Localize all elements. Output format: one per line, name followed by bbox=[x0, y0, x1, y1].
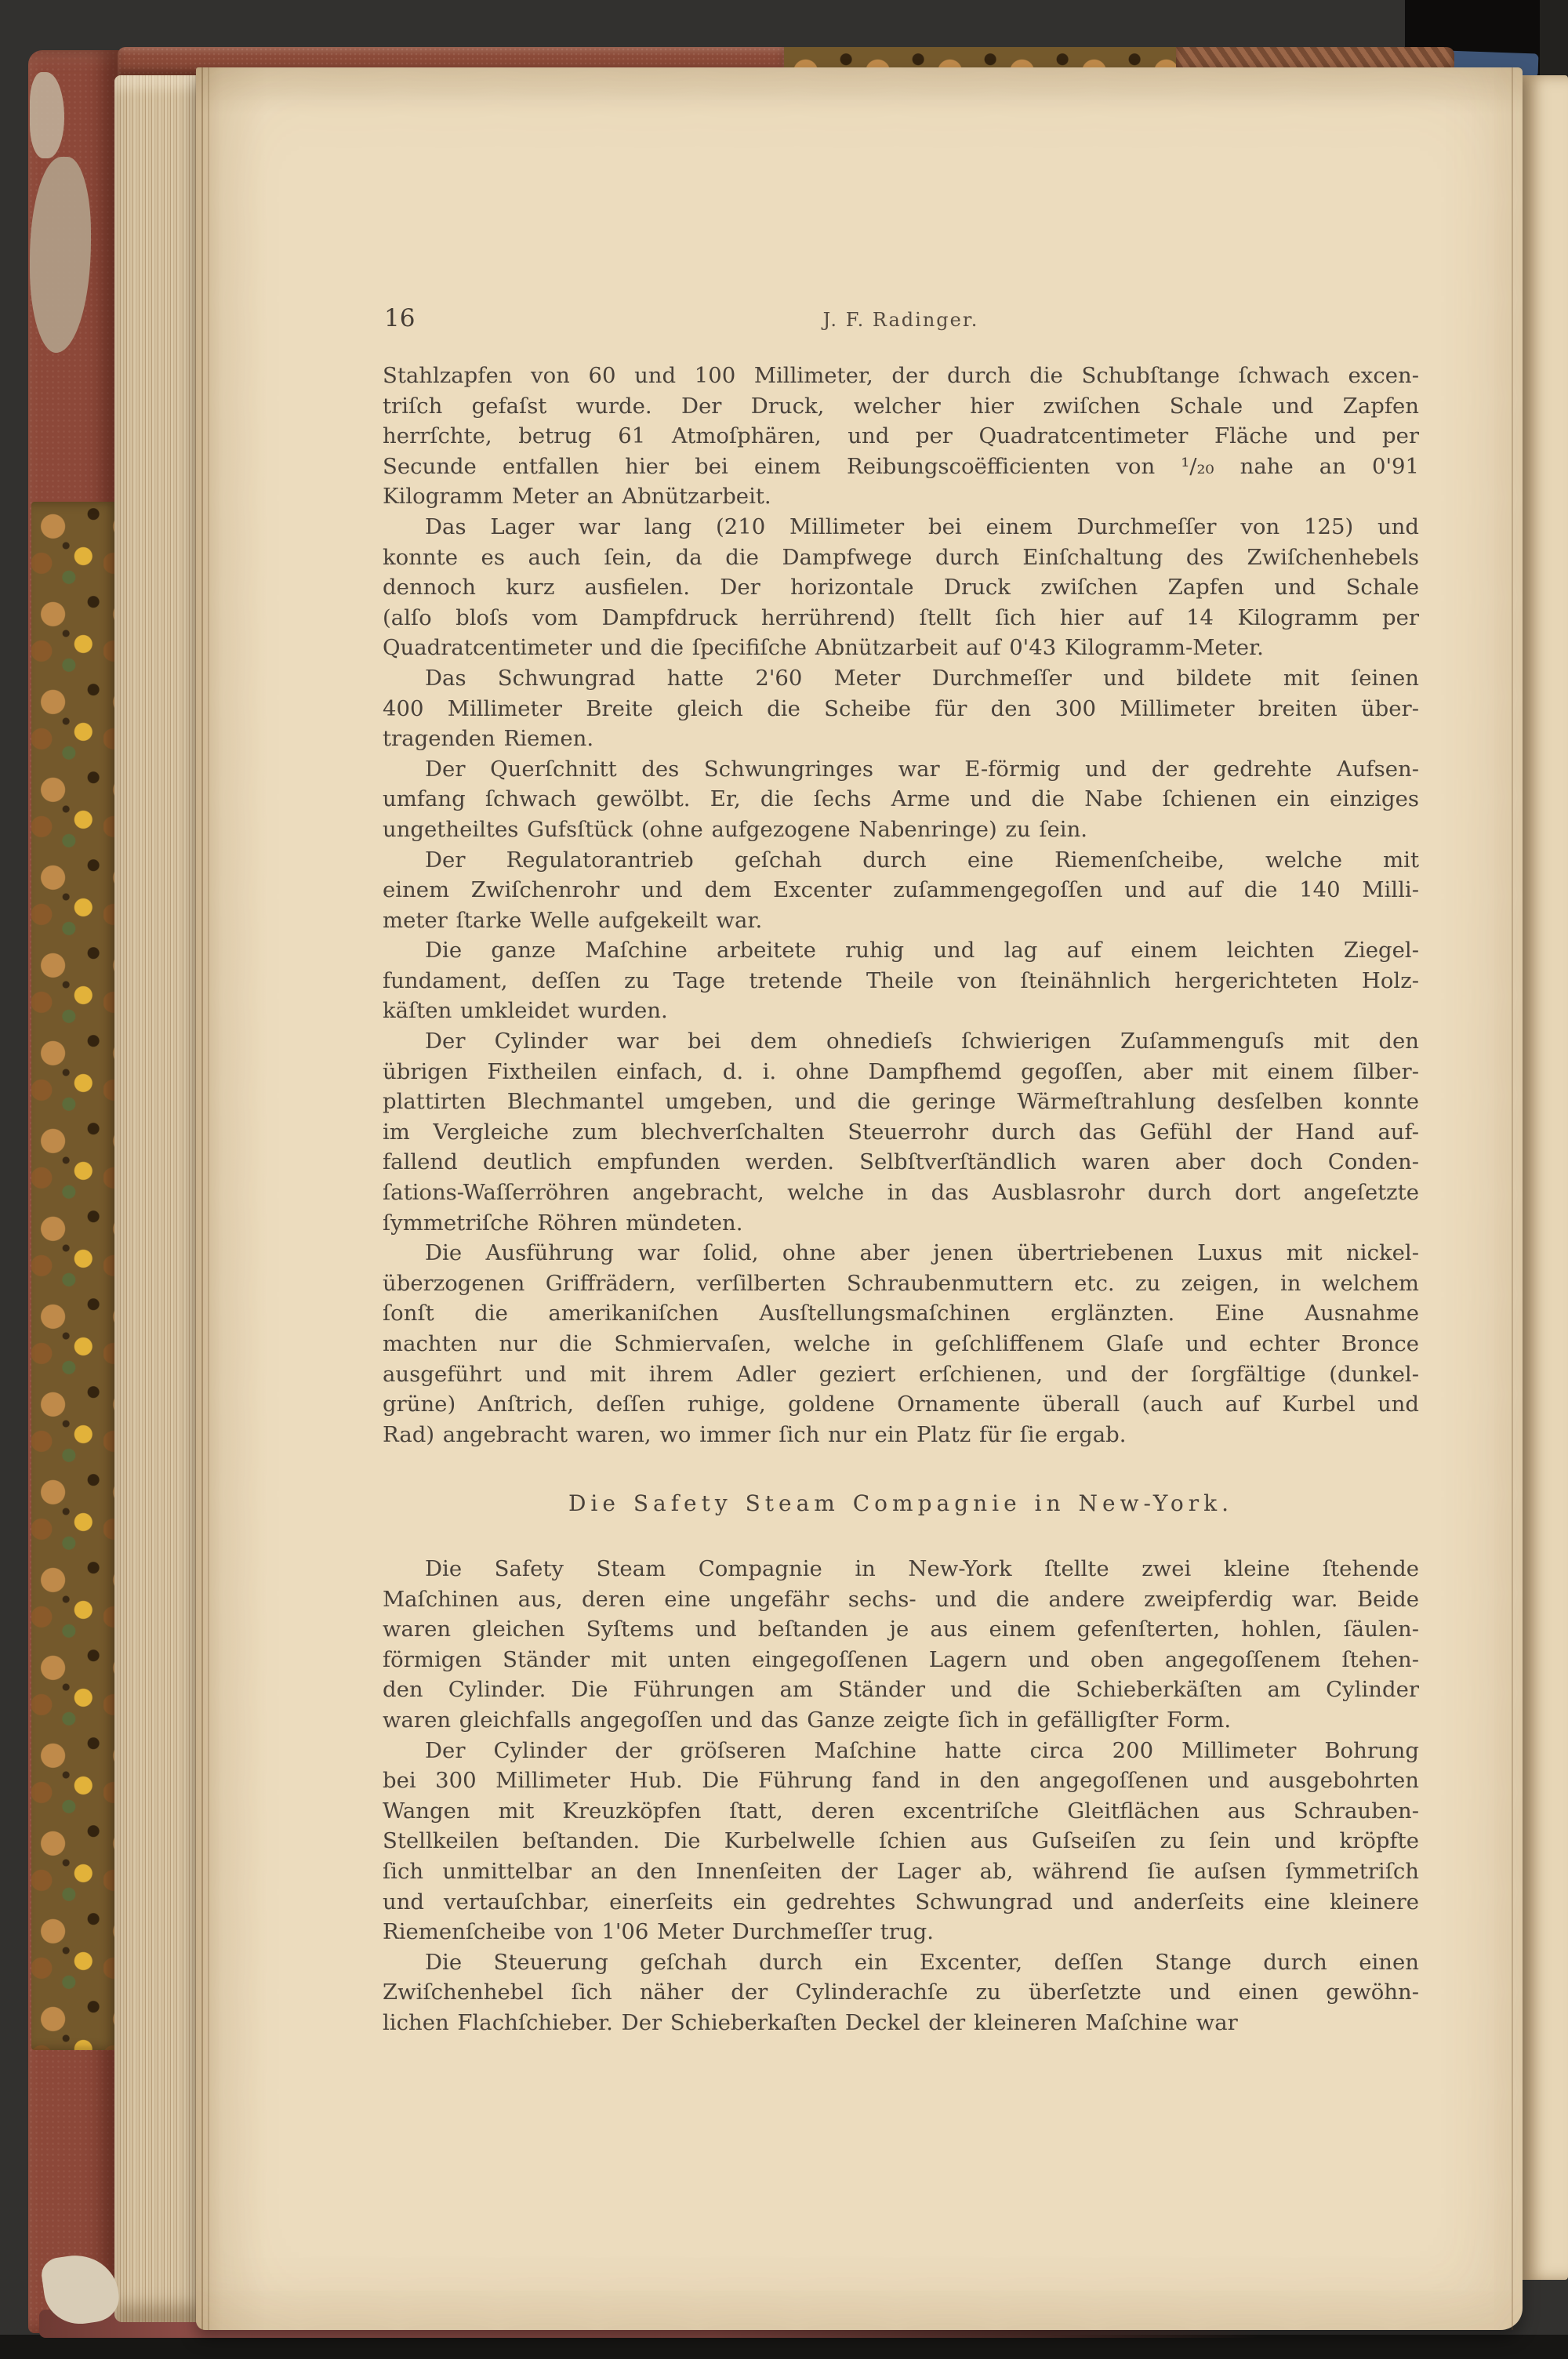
text-line: übrigen Fixtheilen einfach, d. i. ohne D… bbox=[383, 1057, 1419, 1087]
text-line: grüne) Anſtrich, deſſen ruhige, goldene … bbox=[383, 1389, 1419, 1420]
running-header: J. F. Radinger. bbox=[383, 309, 1419, 331]
text-line: Der Regulatorantrieb geſchah durch eine … bbox=[383, 845, 1419, 876]
text-line: ungetheiltes Gufsſtück (ohne aufgezogene… bbox=[383, 815, 1419, 845]
text-line: Das Lager war lang (210 Millimeter bei e… bbox=[383, 512, 1419, 543]
text-line: Die Steuerung geſchah durch ein Excenter… bbox=[383, 1947, 1419, 1978]
text-line: im Vergleiche zum blechverſchalten Steue… bbox=[383, 1117, 1419, 1148]
page-top-shading bbox=[196, 67, 1523, 114]
text-line: ausgeführt und mit ihrem Adler geziert e… bbox=[383, 1359, 1419, 1390]
text-line: meter ſtarke Welle aufgekeilt war. bbox=[383, 905, 1419, 936]
text-line: ſations-Waſſerröhren angebracht, welche … bbox=[383, 1178, 1419, 1208]
text-line: waren gleichfalls angegoſſen und das Gan… bbox=[383, 1705, 1419, 1736]
text-line: umfang ſchwach gewölbt. Er, die ſechs Ar… bbox=[383, 784, 1419, 815]
text-line: Riemenſcheibe von 1'06 Meter Durchmeſſer… bbox=[383, 1917, 1419, 1947]
text-line: lichen Flachſchieber. Der Schieberkaſten… bbox=[383, 2008, 1419, 2038]
page-crease-right bbox=[1512, 67, 1513, 2330]
text-line: Zwiſchenhebel ſich näher der Cylinderach… bbox=[383, 1977, 1419, 2008]
text-line: Quadratcentimeter und die ſpecifiſche Ab… bbox=[383, 633, 1419, 663]
text-line: machten nur die Schmiervaſen, welche in … bbox=[383, 1329, 1419, 1359]
text-line: käſten umkleidet wurden. bbox=[383, 996, 1419, 1026]
text-line: den Cylinder. Die Führungen am Ständer u… bbox=[383, 1675, 1419, 1705]
text-line: Die Ausführung war ſolid, ohne aber jene… bbox=[383, 1238, 1419, 1268]
text-line: Rad) angebracht waren, wo immer ſich nur… bbox=[383, 1420, 1419, 1450]
text-line: fallend deutlich empfunden werden. Selbſ… bbox=[383, 1147, 1419, 1178]
text-line: förmigen Ständer mit unten eingegoſſenen… bbox=[383, 1645, 1419, 1675]
text-line: fundament, deſſen zu Tage tretende Theil… bbox=[383, 966, 1419, 996]
spine-worn-patch-small bbox=[30, 72, 64, 158]
text-line: waren gleichen Syſtems und beſtanden je … bbox=[383, 1614, 1419, 1645]
text-line: Die ganze Maſchine arbeitete ruhig und l… bbox=[383, 935, 1419, 966]
page-crease-left-2 bbox=[208, 67, 209, 2330]
text-line: ſich unmittelbar an den Innenſeiten der … bbox=[383, 1856, 1419, 1887]
text-line: konnte es auch ſein, da die Dampfwege du… bbox=[383, 543, 1419, 573]
text-line: Der Cylinder war bei dem ohnedieſs ſchwi… bbox=[383, 1026, 1419, 1057]
text-line: Kilogramm Meter an Abnützarbeit. bbox=[383, 481, 1419, 512]
page-gutter-shading bbox=[196, 67, 267, 2330]
background-bottom-band bbox=[0, 2335, 1568, 2359]
page-crease-left bbox=[201, 67, 203, 2330]
text-line: Stahlzapfen von 60 und 100 Millimeter, d… bbox=[383, 361, 1419, 391]
page-header: 16 J. F. Radinger. bbox=[383, 304, 1419, 339]
text-line: Die Safety Steam Compagnie in New-York ſ… bbox=[383, 1554, 1419, 1584]
text-line: Stellkeilen beſtanden. Die Kurbelwelle ſ… bbox=[383, 1826, 1419, 1856]
body-text: Stahlzapfen von 60 und 100 Millimeter, d… bbox=[383, 361, 1419, 2038]
text-line: 400 Millimeter Breite gleich die Scheibe… bbox=[383, 694, 1419, 724]
text-line: plattirten Blechmantel umgeben, und die … bbox=[383, 1087, 1419, 1117]
text-line: (alſo bloſs vom Dampfdruck herrührend) ſ… bbox=[383, 603, 1419, 633]
text-line: ſonſt die amerikaniſchen Ausſtellungsmaſ… bbox=[383, 1298, 1419, 1329]
text-line: einem Zwiſchenrohr und dem Excenter zuſa… bbox=[383, 875, 1419, 905]
text-line: tragenden Riemen. bbox=[383, 724, 1419, 754]
text-line: Der Cylinder der gröſseren Maſchine hatt… bbox=[383, 1736, 1419, 1766]
text-line: Der Querſchnitt des Schwungringes war E-… bbox=[383, 754, 1419, 785]
text-line: Maſchinen aus, deren eine ungefähr sechs… bbox=[383, 1584, 1419, 1615]
text-line: Secunde entfallen hier bei einem Reibung… bbox=[383, 452, 1419, 482]
text-line: herrſchte, betrug 61 Atmoſphären, und pe… bbox=[383, 421, 1419, 452]
text-line: ſymmetriſche Röhren mündeten. bbox=[383, 1208, 1419, 1239]
background-right-edge bbox=[1540, 0, 1568, 77]
book-page: 16 J. F. Radinger. Stahlzapfen von 60 un… bbox=[196, 67, 1523, 2330]
text-line: bei 300 Millimeter Hub. Die Führung fand… bbox=[383, 1766, 1419, 1796]
text-line: dennoch kurz ausfielen. Der horizontale … bbox=[383, 572, 1419, 603]
scanned-book-photo: 16 J. F. Radinger. Stahlzapfen von 60 un… bbox=[0, 0, 1568, 2359]
text-line: überzogenen Griffrädern, verſilberten Sc… bbox=[383, 1268, 1419, 1299]
text-line: und vertauſchbar, einerſeits ein gedreht… bbox=[383, 1887, 1419, 1918]
text-line: triſch gefaſst wurde. Der Druck, welcher… bbox=[383, 391, 1419, 422]
facing-page-sliver bbox=[1523, 75, 1568, 2280]
text-line: Wangen mit Kreuzköpfen ſtatt, deren exce… bbox=[383, 1796, 1419, 1827]
marbled-cover-strip bbox=[31, 502, 119, 2050]
text-line: Das Schwungrad hatte 2'60 Meter Durchmeſ… bbox=[383, 663, 1419, 694]
section-heading: Die Safety Steam Compagnie in New-York. bbox=[383, 1489, 1419, 1519]
page-edges-stack bbox=[114, 75, 202, 2322]
